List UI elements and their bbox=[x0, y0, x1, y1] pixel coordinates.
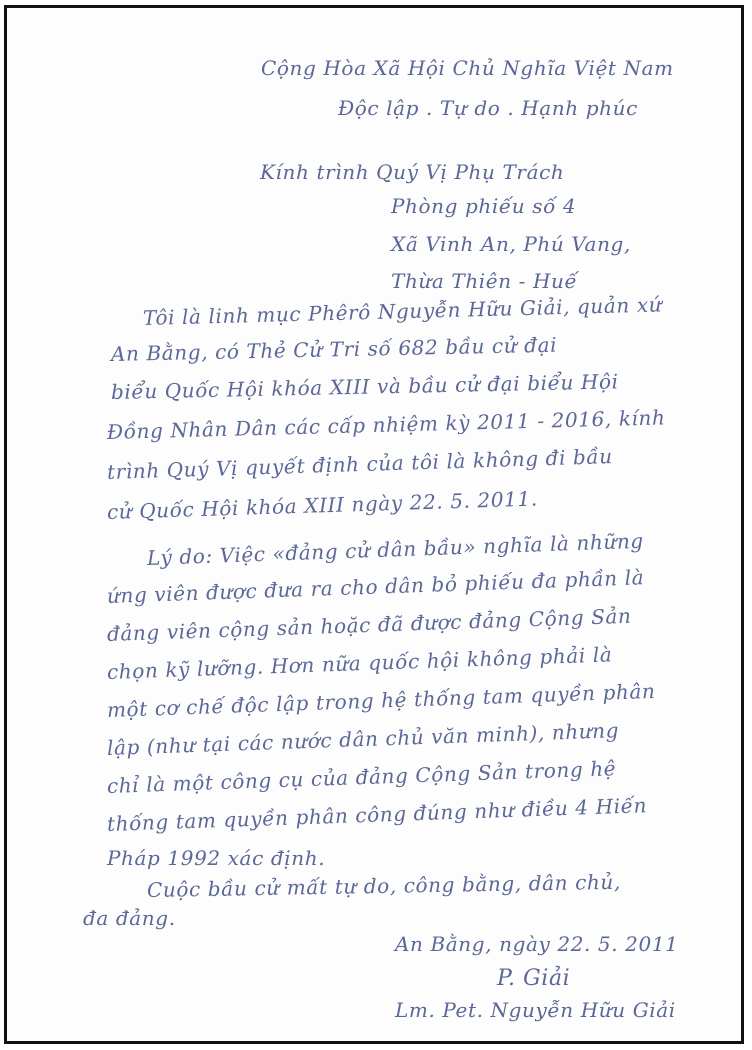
signer-name: Lm. Pet. Nguyễn Hữu Giải bbox=[395, 998, 676, 1022]
body-p2-line-9: Pháp 1992 xác định. bbox=[107, 846, 325, 870]
body-p1-line-4: Đồng Nhân Dân các cấp nhiệm kỳ 2011 - 20… bbox=[107, 405, 666, 444]
signature: P. Giải bbox=[497, 966, 570, 991]
body-p1-line-6: cử Quốc Hội khóa XIII ngày 22. 5. 2011. bbox=[107, 486, 538, 524]
body-p2-line-6: lập (như tại các nước dân chủ văn minh),… bbox=[107, 718, 620, 760]
recipient-line-2: Phòng phiếu số 4 bbox=[391, 194, 576, 218]
body-p2-line-4: chọn kỹ lưỡng. Hơn nữa quốc hội không ph… bbox=[107, 642, 613, 684]
header-line-2: Độc lập . Tự do . Hạnh phúc bbox=[338, 96, 638, 120]
body-p2-line-1: Lý do: Việc «đảng cử dân bầu» nghĩa là n… bbox=[147, 529, 645, 570]
recipient-line-4: Thừa Thiên - Huế bbox=[391, 269, 577, 293]
recipient-line-3: Xã Vinh An, Phú Vang, bbox=[391, 232, 631, 256]
body-p2-line-3: đảng viên cộng sản hoặc đã được đảng Cộn… bbox=[107, 604, 632, 646]
body-p1-line-2: An Bằng, có Thẻ Cử Tri số 682 bầu cử đại bbox=[111, 333, 558, 366]
recipient-line-1: Kính trình Quý Vị Phụ Trách bbox=[260, 160, 564, 184]
body-p1-line-1: Tôi là linh mục Phêrô Nguyễn Hữu Giải, q… bbox=[143, 292, 663, 330]
closing-place-date: An Bằng, ngày 22. 5. 2011 bbox=[395, 932, 678, 956]
handwritten-letter-page: Cộng Hòa Xã Hội Chủ Nghĩa Việt Nam Độc l… bbox=[4, 5, 744, 1044]
body-p3-line-2: đa đảng. bbox=[83, 906, 176, 930]
body-p2-line-7: chỉ là một công cụ của đảng Cộng Sản tro… bbox=[107, 756, 617, 798]
body-p1-line-5: trình Quý Vị quyết định của tôi là không… bbox=[107, 444, 613, 484]
body-p2-line-5: một cơ chế độc lập trong hệ thống tam qu… bbox=[107, 679, 656, 722]
header-line-1: Cộng Hòa Xã Hội Chủ Nghĩa Việt Nam bbox=[261, 56, 674, 80]
body-p2-line-8: thống tam quyền phân công đúng như điều … bbox=[107, 793, 648, 836]
body-p3-line-1: Cuộc bầu cử mất tự do, công bằng, dân ch… bbox=[147, 870, 621, 902]
body-p2-line-2: ứng viên được đưa ra cho dân bỏ phiếu đa… bbox=[107, 565, 645, 608]
body-p1-line-3: biểu Quốc Hội khóa XIII và bầu cử đại bi… bbox=[111, 369, 619, 404]
